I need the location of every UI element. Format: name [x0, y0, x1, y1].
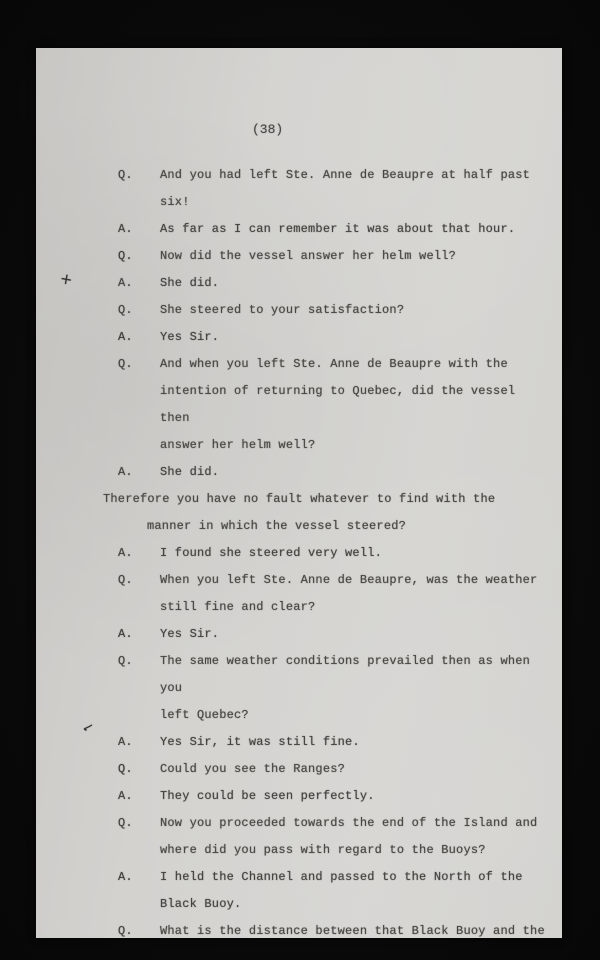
transcript-entry: Q. And when you left Ste. Anne de Beaupr…: [118, 351, 550, 459]
entry-text: She did.: [160, 459, 550, 486]
margin-plus-mark: +: [59, 269, 75, 289]
transcript-line: I found she steered very well.: [160, 540, 550, 567]
transcript-line: Yes Sir.: [160, 621, 550, 648]
page-number: (38): [252, 122, 283, 137]
speaker-label: Q.: [118, 918, 160, 945]
speaker-label: A.: [118, 729, 160, 756]
transcript-line: Black Buoy.: [160, 891, 550, 918]
transcript-entry: A. She did.: [118, 459, 550, 486]
transcript-line: As far as I can remember it was about th…: [160, 216, 550, 243]
transcript-entry: A. She did.: [118, 270, 550, 297]
transcript-line: Could you see the Ranges?: [160, 756, 550, 783]
transcript-line: Therefore you have no fault whatever to …: [103, 486, 550, 513]
transcript-line: Now did the vessel answer her helm well?: [160, 243, 550, 270]
entry-text: I held the Channel and passed to the Nor…: [160, 864, 550, 918]
transcript-entry: Q. Now you proceeded towards the end of …: [118, 810, 550, 864]
transcript-line: Now you proceeded towards the end of the…: [160, 810, 550, 837]
transcript-entry: Q. When you left Ste. Anne de Beaupre, w…: [118, 567, 550, 621]
transcript-line: intention of returning to Quebec, did th…: [160, 378, 550, 432]
transcript-entry: A. I held the Channel and passed to the …: [118, 864, 550, 918]
transcript: Q. And you had left Ste. Anne de Beaupre…: [118, 162, 550, 945]
transcript-line: What is the distance between that Black …: [160, 918, 550, 945]
transcript-line: where did you pass with regard to the Bu…: [160, 837, 550, 864]
speaker-label: A.: [118, 864, 160, 918]
entry-text: She did.: [160, 270, 550, 297]
entry-text: Yes Sir.: [160, 621, 550, 648]
speaker-label: Q.: [118, 756, 160, 783]
transcript-entry: Q. Now did the vessel answer her helm we…: [118, 243, 550, 270]
transcript-entry: Q. And you had left Ste. Anne de Beaupre…: [118, 162, 550, 216]
speaker-label: A.: [118, 324, 160, 351]
transcript-line: answer her helm well?: [160, 432, 550, 459]
speaker-label: A.: [118, 270, 160, 297]
entry-text: As far as I can remember it was about th…: [160, 216, 550, 243]
entry-text: When you left Ste. Anne de Beaupre, was …: [160, 567, 550, 621]
transcript-entry: Q. The same weather conditions prevailed…: [118, 648, 550, 729]
entry-text: She steered to your satisfaction?: [160, 297, 550, 324]
entry-text: And when you left Ste. Anne de Beaupre w…: [160, 351, 550, 459]
transcript-line: Yes Sir.: [160, 324, 550, 351]
entry-text: They could be seen perfectly.: [160, 783, 550, 810]
transcript-line: And when you left Ste. Anne de Beaupre w…: [160, 351, 550, 378]
transcript-entry: Therefore you have no fault whatever to …: [103, 486, 550, 540]
transcript-line: She steered to your satisfaction?: [160, 297, 550, 324]
document-page: (38) + ✓ Q. And you had left Ste. Anne d…: [36, 48, 562, 938]
speaker-label: Q.: [118, 297, 160, 324]
transcript-line: I held the Channel and passed to the Nor…: [160, 864, 550, 891]
transcript-line: The same weather conditions prevailed th…: [160, 648, 550, 702]
speaker-label: Q.: [118, 810, 160, 864]
transcript-line: She did.: [160, 459, 550, 486]
transcript-entry: Q. Could you see the Ranges?: [118, 756, 550, 783]
transcript-entry: A. I found she steered very well.: [118, 540, 550, 567]
transcript-entry: A. Yes Sir, it was still fine.: [118, 729, 550, 756]
entry-text: Yes Sir, it was still fine.: [160, 729, 550, 756]
transcript-line: left Quebec?: [160, 702, 550, 729]
scan-backdrop: (38) + ✓ Q. And you had left Ste. Anne d…: [0, 0, 600, 960]
transcript-line: Yes Sir, it was still fine.: [160, 729, 550, 756]
speaker-label: A.: [118, 216, 160, 243]
entry-text: And you had left Ste. Anne de Beaupre at…: [160, 162, 550, 216]
transcript-entry: A. Yes Sir.: [118, 621, 550, 648]
entry-text: Could you see the Ranges?: [160, 756, 550, 783]
transcript-entry: Q. She steered to your satisfaction?: [118, 297, 550, 324]
transcript-entry: A. Yes Sir.: [118, 324, 550, 351]
transcript-line: manner in which the vessel steered?: [147, 513, 550, 540]
speaker-label: Q.: [118, 351, 160, 459]
speaker-label: A.: [118, 540, 160, 567]
speaker-label: Q.: [118, 567, 160, 621]
margin-check-mark: ✓: [78, 720, 96, 734]
speaker-label: A.: [118, 621, 160, 648]
transcript-line: She did.: [160, 270, 550, 297]
speaker-label: A.: [118, 459, 160, 486]
transcript-line: When you left Ste. Anne de Beaupre, was …: [160, 567, 550, 594]
entry-text: I found she steered very well.: [160, 540, 550, 567]
entry-text: Yes Sir.: [160, 324, 550, 351]
entry-text: Therefore you have no fault whatever to …: [103, 486, 550, 540]
entry-text: Now did the vessel answer her helm well?: [160, 243, 550, 270]
entry-text: Now you proceeded towards the end of the…: [160, 810, 550, 864]
speaker-label: Q.: [118, 648, 160, 729]
speaker-label: Q.: [118, 243, 160, 270]
transcript-entry: A. As far as I can remember it was about…: [118, 216, 550, 243]
speaker-label: Q.: [118, 162, 160, 216]
transcript-line: And you had left Ste. Anne de Beaupre at…: [160, 162, 550, 216]
entry-text: What is the distance between that Black …: [160, 918, 550, 945]
transcript-line: still fine and clear?: [160, 594, 550, 621]
transcript-line: They could be seen perfectly.: [160, 783, 550, 810]
entry-text: The same weather conditions prevailed th…: [160, 648, 550, 729]
speaker-label: A.: [118, 783, 160, 810]
transcript-entry: Q. What is the distance between that Bla…: [118, 918, 550, 945]
transcript-entry: A. They could be seen perfectly.: [118, 783, 550, 810]
